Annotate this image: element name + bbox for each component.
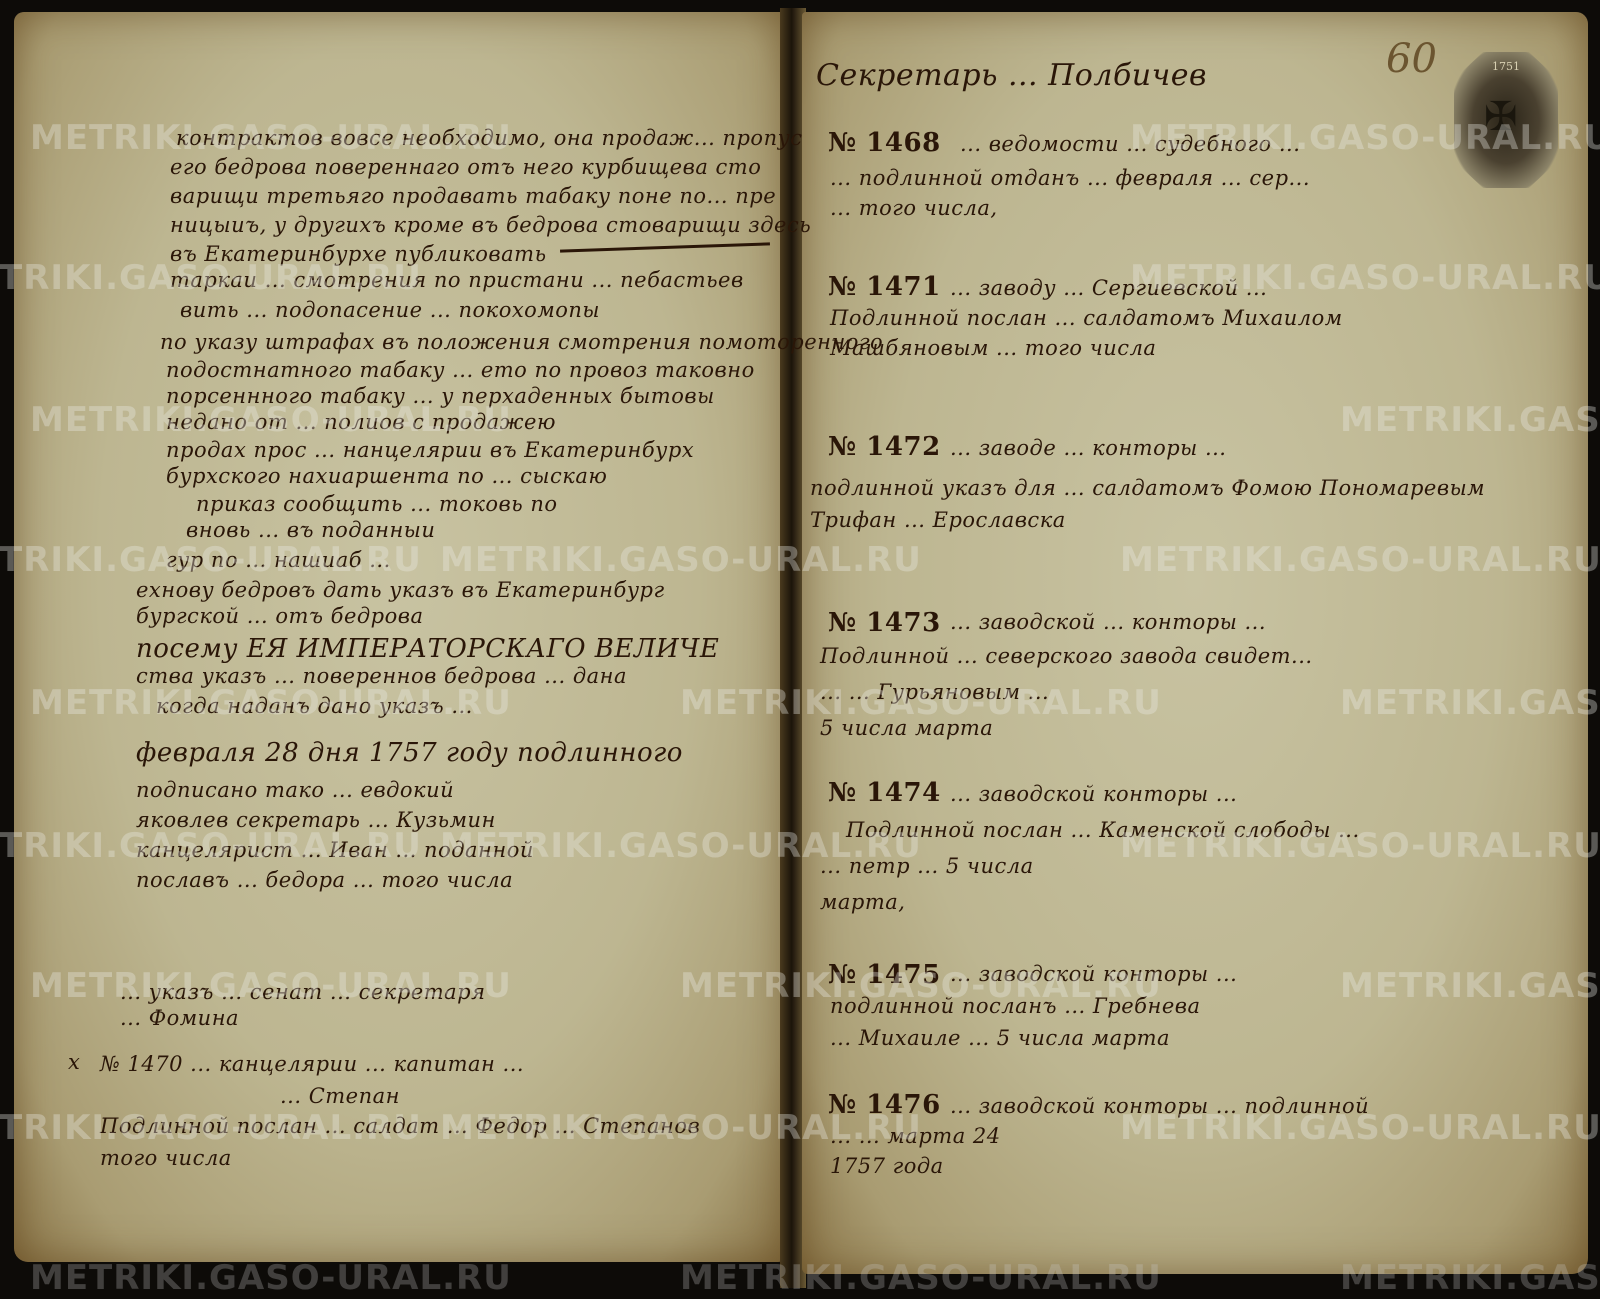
left-line: ницыиъ, у другихъ кроме въ бедрова стова… <box>170 213 811 237</box>
watermark: METRIKI.GASO-URAL.RU <box>440 540 922 580</box>
entry-line: марта, <box>820 890 905 914</box>
watermark: METRIKI.GASO-URAL.RU <box>0 540 422 580</box>
left-line: варищи третьяго продавать табаку поне по… <box>170 184 776 208</box>
watermark: METRIKI.GASO-URAL.RU <box>1340 1258 1600 1298</box>
left-lower-line: ... Степан <box>280 1084 400 1108</box>
left-lower-line: ... Фомина <box>120 1006 239 1030</box>
left-line: вновь ... въ поданныи <box>186 518 435 542</box>
watermark: METRIKI.GASO-URAL.RU <box>30 118 512 158</box>
entry-line: Подлинной послан ... салдатомъ Михаилом <box>830 306 1343 330</box>
left-line: по указу штрафах въ положения смотрения … <box>160 330 883 354</box>
entry-line: ... подлинной отданъ ... февраля ... сер… <box>830 166 1310 190</box>
watermark: METRIKI.GASO-URAL.RU <box>1130 258 1600 298</box>
left-line: его бедрова повереннаго отъ него курбище… <box>170 155 761 179</box>
watermark: METRIKI.GASO-URAL.RU <box>440 1108 922 1148</box>
watermark: METRIKI.GASO-URAL.RU <box>680 966 1162 1006</box>
entry-line: 1757 года <box>830 1154 944 1178</box>
watermark: METRIKI.GASO-URAL.RU <box>0 1108 422 1148</box>
left-line: бургской ... отъ бедрова <box>136 604 424 628</box>
entry-line: ... Михаиле ... 5 числа марта <box>830 1026 1170 1050</box>
watermark: METRIKI.GASO-URAL.RU <box>1340 400 1600 440</box>
entry-line: ... заводской ... конторы ... <box>950 610 1266 634</box>
left-lower-line: № 1470 ... канцелярии ... капитан ... <box>100 1052 524 1076</box>
left-line: ехнову бедровъ дать указъ въ Екатеринбур… <box>136 578 665 602</box>
entry-number: № 1471 <box>828 272 941 302</box>
entry-line: Трифан ... Ерославска <box>810 508 1066 532</box>
watermark: METRIKI.GASO-URAL.RU <box>30 400 512 440</box>
watermark: METRIKI.GASO-URAL.RU <box>1120 1108 1600 1148</box>
folio-number: 60 <box>1386 36 1437 82</box>
watermark: METRIKI.GASO-URAL.RU <box>1120 540 1600 580</box>
left-line: февраля 28 дня 1757 году подлинного <box>136 738 683 768</box>
entry-number: № 1468 <box>828 128 941 158</box>
left-line: вить ... подопасение ... покохомопы <box>180 298 600 322</box>
watermark: METRIKI.GASO-URAL.RU <box>680 1258 1162 1298</box>
left-line: подостнатного табаку ... ето по провоз т… <box>166 358 755 382</box>
watermark: METRIKI.GASO-URAL.RU <box>440 826 922 866</box>
entry-number: № 1474 <box>828 778 941 808</box>
left-line: приказ сообщить ... токовь по <box>196 492 558 516</box>
entry-number: № 1472 <box>828 432 941 462</box>
left-line: пославъ ... бедора ... того числа <box>136 868 513 892</box>
open-register-book: контрактов вовсе необходимо, она продаж.… <box>0 0 1600 1299</box>
entry-number: № 1473 <box>828 608 941 638</box>
entry-line: ... того числа, <box>830 196 998 220</box>
left-lower-line: того числа <box>100 1146 232 1170</box>
entry-line: Машбяновым ... того числа <box>830 336 1156 360</box>
watermark: METRIKI.GASO-URAL.RU <box>1130 118 1600 158</box>
entry-line: подлинной указъ для ... салдатомъ Фомою … <box>810 476 1485 500</box>
left-line: посему ЕЯ ИМПЕРАТОРСКАГО ВЕЛИЧЕ <box>136 634 719 664</box>
entry-line: Подлинной ... северского завода свидет..… <box>820 644 1313 668</box>
watermark: METRIKI.GASO-URAL.RU <box>1340 683 1600 723</box>
margin-mark: x <box>68 1050 80 1074</box>
watermark: METRIKI.GASO-URAL.RU <box>1120 826 1600 866</box>
entry-line: ... заводской конторы ... <box>950 782 1237 806</box>
watermark: METRIKI.GASO-URAL.RU <box>30 966 512 1006</box>
left-line: бурхского нахиаршента по ... сыскаю <box>166 464 607 488</box>
watermark: METRIKI.GASO-URAL.RU <box>680 683 1162 723</box>
watermark: METRIKI.GASO-URAL.RU <box>0 826 422 866</box>
entry-line: ... заводе ... конторы ... <box>950 436 1226 460</box>
left-line: продах прос ... нанцелярии въ Екатеринбу… <box>166 438 694 462</box>
watermark: METRIKI.GASO-URAL.RU <box>0 258 422 298</box>
page-header: Секретарь ... Полбичев <box>816 58 1207 93</box>
watermark: METRIKI.GASO-URAL.RU <box>1340 966 1600 1006</box>
left-line: подписано тако ... евдокий <box>136 778 454 802</box>
watermark: METRIKI.GASO-URAL.RU <box>30 683 512 723</box>
watermark: METRIKI.GASO-URAL.RU <box>30 1258 512 1298</box>
